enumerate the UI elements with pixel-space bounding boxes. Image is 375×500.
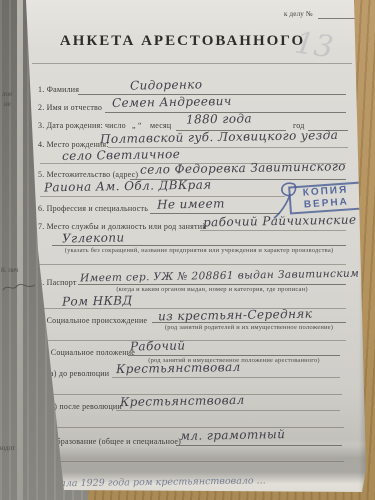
field-4-value2: село Светличное — [62, 147, 180, 163]
field-8-caption: (когда и каким органом выдан, номер и ка… — [78, 286, 346, 293]
field-10b-line — [116, 410, 340, 411]
field-7-line1 — [200, 230, 346, 231]
field-10b-label: б) после революции — [50, 402, 122, 411]
photo-of-arrest-questionnaire: { "header": { "case_ref_label": "к делу … — [0, 0, 375, 500]
page-edge-sliver — [17, 0, 23, 500]
field-10-label: 10. Социальное положение — [38, 348, 135, 357]
field-10-line — [128, 355, 340, 356]
field-6-value: Не имеет — [157, 196, 225, 211]
margin-fragment: й. печ — [1, 266, 18, 274]
field-3-quote: „ “ — [132, 121, 142, 130]
field-8-value2: Ром НКВД — [62, 293, 133, 308]
field-1-label: 1. Фамилия — [38, 85, 79, 94]
field-7-value: рабочий Райчихинские — [203, 213, 357, 230]
case-ref-line — [318, 18, 360, 19]
field-8-label: 8. Паспорт — [38, 278, 77, 287]
field-10b-value: Крестьянствовал — [120, 393, 245, 409]
field-7-line2 — [52, 245, 346, 246]
field-10a-label: а) до революции — [50, 369, 109, 378]
field-5-value2: Раиона Ам. Обл. ДВКрая — [44, 178, 212, 195]
field-9-label: 9. Социальное происхождение — [38, 316, 147, 325]
field-2-value: Семен Андреевич — [112, 94, 232, 110]
form-title: АНКЕТА АРЕСТОВАННОГО — [40, 33, 325, 50]
field-3-month-label: месяц — [150, 121, 171, 130]
margin-fragment: не — [4, 100, 11, 108]
footer-pencil-note: говрала 1929 года ром крестьянствовало .… — [38, 475, 266, 489]
field-8-value: Имеет сер. УЖ № 208861 выдан Завитинским — [80, 268, 359, 285]
field-4-value: Полтавской губ. Лохвицкого уезда — [100, 128, 338, 146]
margin-fragment: юдпт — [0, 444, 15, 452]
field-9-line — [152, 322, 346, 323]
field-7-value2: Углекопи — [62, 230, 125, 245]
field-5-value: село Федоревка Завитинского — [140, 159, 346, 177]
case-ref-label: к делу № — [284, 10, 313, 18]
field-9-blank-line — [32, 340, 346, 341]
field-2-label: 2. Имя и отчество — [38, 103, 102, 112]
field-3-label: 3. Дата рождения: число — [38, 121, 126, 130]
pencil-mark: 13 — [293, 26, 336, 66]
field-7-caption: (указать без сокращений, название предпр… — [52, 247, 346, 254]
field-1-value: Сидоренко — [130, 77, 203, 92]
field-8-line1 — [78, 284, 346, 285]
field-10-value: Рабочий — [130, 339, 186, 354]
margin-scribble — [2, 280, 36, 294]
title-rule — [32, 63, 352, 64]
field-6-label: 6. Профессия и специальность — [38, 204, 148, 213]
field-10a-value: Крестьянствовал — [116, 360, 241, 376]
field-3-value: 1880 года — [186, 111, 252, 126]
field-5-label: 5. Местожительство (адрес) — [38, 170, 138, 179]
margin-fragment: лое — [2, 90, 12, 98]
field-9-value: из крестьян-Середняк — [158, 307, 312, 324]
field-10a-line — [112, 377, 340, 378]
field-9-caption: (род занятий родителей и их имущественно… — [152, 324, 346, 331]
field-11-value: мл. грамотный — [180, 427, 286, 443]
field-7-blank-line — [32, 264, 346, 265]
